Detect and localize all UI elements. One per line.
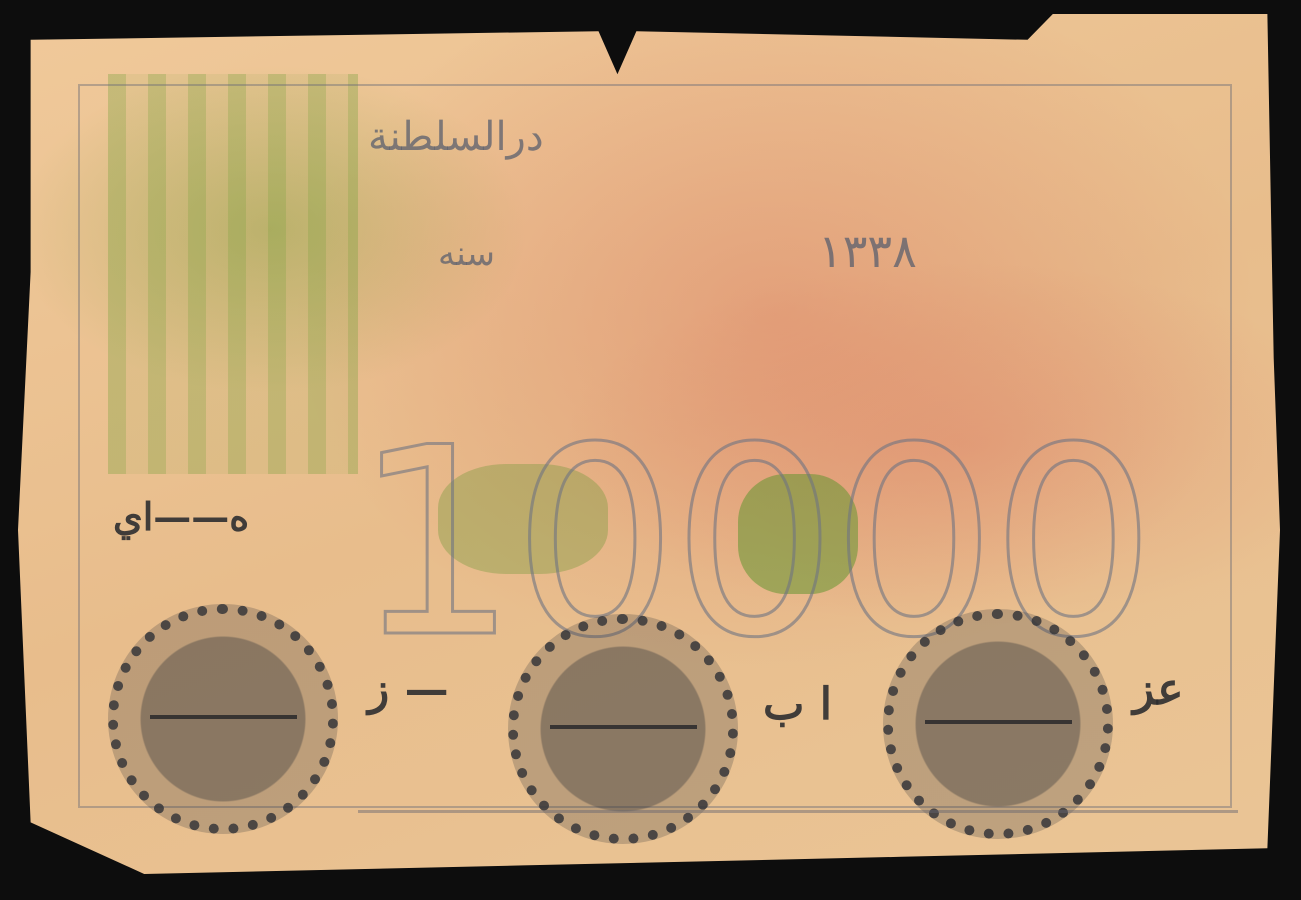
middle-script-text: سنه (438, 234, 495, 274)
bottom-rule (358, 810, 1238, 813)
right-script-text: ١٣٣٨ (818, 224, 917, 278)
banknote: درالسلطنة سنه ١٣٣٨ ه——اي 10000 ز — ا ب ع… (18, 14, 1280, 874)
top-script-text: درالسلطنة (368, 114, 544, 160)
seal-left (108, 604, 338, 834)
bottom-mark-3: عز (1133, 664, 1184, 715)
seal-right (883, 609, 1113, 839)
bottom-mark-1: ز — (368, 664, 449, 715)
left-marking: ه——اي (113, 494, 249, 539)
bottom-mark-2: ا ب (763, 679, 832, 730)
